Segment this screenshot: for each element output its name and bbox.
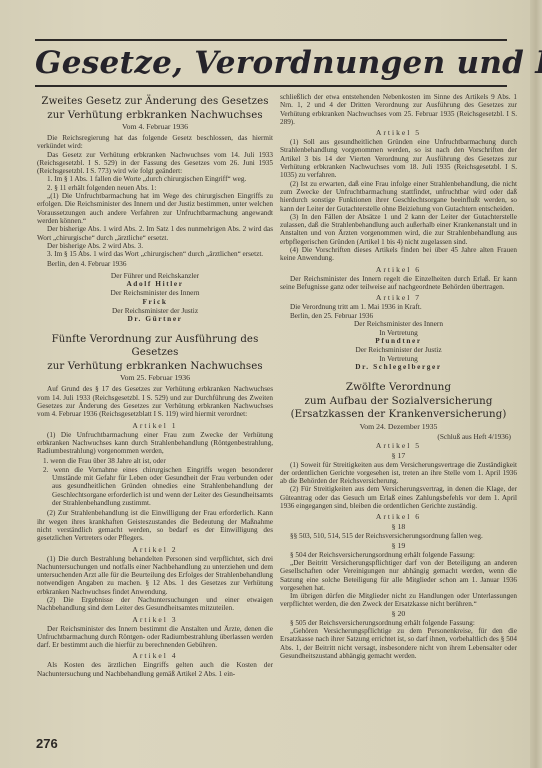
paragraph: §§ 503, 510, 514, 515 der Reichsversiche… — [280, 532, 517, 540]
paragraph: (1) Die durch Bestrahlung behandelten Pe… — [37, 555, 273, 596]
section-title: (Ersatzkassen der Krankenversicherung) — [280, 408, 517, 422]
section-number: § 20 — [280, 609, 517, 619]
paragraph: 1. Im § 1 Abs. 1 fallen die Worte „durch… — [37, 175, 273, 183]
paragraph: Im übrigen dürfen die Mitglieder nicht z… — [280, 592, 517, 609]
paragraph: (2) Zur Strahlenbehandlung ist die Einwi… — [37, 509, 273, 542]
article-heading: Artikel 6 — [280, 265, 517, 275]
paragraph: „Gehören Versicherungspflichtige zu dem … — [280, 627, 517, 660]
left-column: Zweites Gesetz zur Änderung des Gesetzes… — [37, 95, 273, 678]
article-heading: Artikel 5 — [280, 441, 517, 451]
section-date: Vom 24. Dezember 1935 — [280, 422, 517, 432]
section-title: Zwölfte Verordnung — [280, 381, 517, 395]
paragraph: (1) Soll aus gesundheitlichen Gründen ei… — [280, 138, 517, 179]
article-heading: Artikel 5 — [280, 128, 517, 138]
paragraph: (3) In den Fällen der Absätze 1 und 2 ka… — [280, 213, 517, 246]
paragraph: Der bisherige Abs. 2 wird Abs. 3. — [37, 242, 273, 250]
section-title: zum Aufbau der Sozialversicherung — [280, 395, 517, 409]
law-section-second-amendment: Zweites Gesetz zur Änderung des Gesetzes… — [37, 95, 273, 324]
paragraph: (4) Die Vorschriften dieses Artikels fin… — [280, 246, 517, 263]
paragraph: Der Reichsminister des Innern regelt die… — [280, 275, 517, 292]
paragraph-continuation: schließlich der etwa entstehenden Nebenk… — [280, 93, 517, 126]
paragraph: „Der Beitritt Versicherungspflichtiger d… — [280, 559, 517, 592]
paragraph: Als Kosten des ärztlichen Eingriffs gelt… — [37, 661, 273, 678]
article-heading: Artikel 6 — [280, 512, 517, 522]
paragraph: „(1) Die Unfruchtbarmachung hat im Wege … — [37, 192, 273, 225]
paragraph: § 505 der Reichsversicherungsordnung erh… — [280, 619, 517, 627]
section-date: Vom 4. Februar 1936 — [37, 122, 273, 132]
paragraph: 3. Im § 15 Abs. 1 wird das Wort „chirurg… — [37, 250, 273, 258]
paragraph: Die Verordnung tritt am 1. Mai 1936 in K… — [280, 303, 517, 311]
page-number: 276 — [36, 736, 58, 751]
section-title: Zweites Gesetz zur Änderung des Gesetzes — [37, 95, 273, 109]
masthead-bottom-rule — [35, 85, 507, 87]
document-page: Gesetze, Verordnungen und Erlasse Zweite… — [0, 0, 542, 768]
place-date: Berlin, den 4. Februar 1936 — [37, 260, 273, 268]
page-binding-edge — [530, 0, 542, 768]
article-heading: Artikel 3 — [37, 615, 273, 625]
article-heading: Artikel 2 — [37, 545, 273, 555]
law-section-twelfth-ordinance: Zwölfte Verordnung zum Aufbau der Sozial… — [280, 381, 517, 660]
section-number: § 18 — [280, 522, 517, 532]
list-item: 1. wenn die Frau über 38 Jahre alt ist, … — [37, 457, 273, 465]
paragraph: § 504 der Reichsversicherungsordnung erh… — [280, 551, 517, 559]
article-heading: Artikel 7 — [280, 293, 517, 303]
paragraph: Der Reichsminister des Innern bestimmt d… — [37, 625, 273, 650]
paragraph: (1) Die Unfruchtbarmachung einer Frau zu… — [37, 431, 273, 456]
section-title: zur Verhütung erbkranken Nachwuchses — [37, 360, 273, 374]
right-column: schließlich der etwa entstehenden Nebenk… — [280, 93, 517, 660]
section-title: Fünfte Verordnung zur Ausführung des Ges… — [37, 333, 273, 360]
section-title: zur Verhütung erbkranken Nachwuchses — [37, 109, 273, 123]
paragraph: Der bisherige Abs. 1 wird Abs. 2. Im Sat… — [37, 225, 273, 242]
signature-name: Dr. Schlegelberger — [280, 363, 517, 372]
section-number: § 19 — [280, 541, 517, 551]
masthead-title: Gesetze, Verordnungen und Erlasse — [35, 41, 507, 85]
paragraph: Auf Grund des § 17 des Gesetzes zur Verh… — [37, 385, 273, 418]
signature-name: Dr. Gürtner — [37, 315, 273, 324]
continuation-reference: (Schluß aus Heft 4/1936) — [280, 432, 517, 441]
paragraph: (2) Ist zu erwarten, daß eine Frau infol… — [280, 180, 517, 213]
article-heading: Artikel 4 — [37, 651, 273, 661]
paragraph: (1) Soweit für Streitigkeiten aus dem Ve… — [280, 461, 517, 486]
section-date: Vom 25. Februar 1936 — [37, 373, 273, 383]
section-number: § 17 — [280, 451, 517, 461]
paragraph: 2. § 11 erhält folgenden neuen Abs. 1: — [37, 184, 273, 192]
paragraph: Das Gesetz zur Verhütung erbkranken Nach… — [37, 151, 273, 176]
law-section-fifth-ordinance: Fünfte Verordnung zur Ausführung des Ges… — [37, 333, 273, 678]
paragraph: (2) Die Ergebnisse der Nachuntersuchunge… — [37, 596, 273, 613]
paragraph: Die Reichsregierung hat das folgende Ges… — [37, 134, 273, 151]
list-item: 2. wenn die Vornahme eines chirurgischen… — [37, 466, 273, 507]
article-heading: Artikel 1 — [37, 421, 273, 431]
paragraph: (2) Für Streitigkeiten aus dem Versicher… — [280, 485, 517, 510]
